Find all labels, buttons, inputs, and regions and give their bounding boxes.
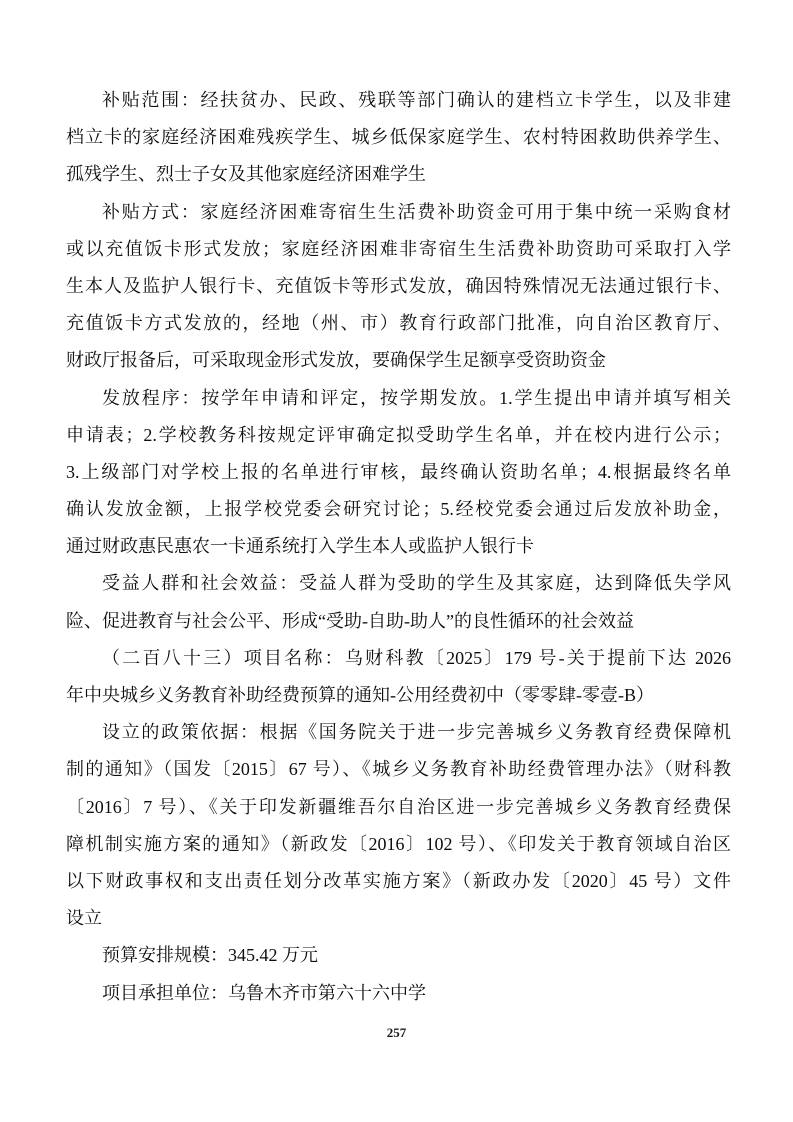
text-line: 发放程序：按学年申请和评定，按学期发放。1.学生提出申请并填写相关 — [66, 380, 731, 417]
text-line: 项目承担单位：乌鲁木齐市第六十六中学 — [66, 975, 731, 1012]
text-line: 制的通知》（国发〔2015〕67 号）、《城乡义务教育补助经费管理办法》（财科教 — [66, 751, 731, 788]
text-line: 设立 — [66, 900, 731, 937]
text-line: 生本人及监护人银行卡、充值饭卡等形式发放，确因特殊情况无法通过银行卡、 — [66, 268, 731, 305]
paragraph: 补贴方式：家庭经济困难寄宿生生活费补助资金可用于集中统一采购食材或以充值饭卡形式… — [66, 194, 731, 380]
text-line: 〔2016〕7 号）、《关于印发新疆维吾尔自治区进一步完善城乡义务教育经费保 — [66, 789, 731, 826]
paragraph: 预算安排规模：345.42 万元 — [66, 937, 731, 974]
text-line: 通过财政惠民惠农一卡通系统打入学生本人或监护人银行卡 — [66, 528, 731, 565]
text-line: 孤残学生、烈士子女及其他家庭经济困难学生 — [66, 156, 731, 193]
paragraph: 受益人群和社会效益：受益人群为受助的学生及其家庭，达到降低失学风险、促进教育与社… — [66, 565, 731, 639]
text-line: 障机制实施方案的通知》（新政发〔2016〕102 号）、《印发关于教育领域自治区 — [66, 826, 731, 863]
text-line: 补贴方式：家庭经济困难寄宿生生活费补助资金可用于集中统一采购食材 — [66, 194, 731, 231]
text-line: 预算安排规模：345.42 万元 — [66, 937, 731, 974]
paragraph: 项目承担单位：乌鲁木齐市第六十六中学 — [66, 975, 731, 1012]
text-line: 以下财政事权和支出责任划分改革实施方案》（新政办发〔2020〕45 号）文件 — [66, 863, 731, 900]
text-line: 或以充值饭卡形式发放；家庭经济困难非寄宿生生活费补助资助可采取打入学 — [66, 231, 731, 268]
paragraph: 补贴范围：经扶贫办、民政、残联等部门确认的建档立卡学生，以及非建档立卡的家庭经济… — [66, 82, 731, 194]
text-line: 险、促进教育与社会公平、形成“受助-自助-助人”的良性循环的社会效益 — [66, 603, 731, 640]
text-line: 财政厅报备后，可采取现金形式发放，要确保学生足额享受资助资金 — [66, 342, 731, 379]
text-line: （二百八十三）项目名称：乌财科教〔2025〕179 号-关于提前下达 2026 — [66, 640, 731, 677]
page-number: 257 — [0, 1025, 793, 1041]
document-body: 补贴范围：经扶贫办、民政、残联等部门确认的建档立卡学生，以及非建档立卡的家庭经济… — [66, 82, 731, 1012]
paragraph: 设立的政策依据：根据《国务院关于进一步完善城乡义务教育经费保障机制的通知》（国发… — [66, 714, 731, 937]
text-line: 受益人群和社会效益：受益人群为受助的学生及其家庭，达到降低失学风 — [66, 565, 731, 602]
text-line: 申请表；2.学校教务科按规定评审确定拟受助学生名单，并在校内进行公示； — [66, 417, 731, 454]
paragraph: 发放程序：按学年申请和评定，按学期发放。1.学生提出申请并填写相关申请表；2.学… — [66, 380, 731, 566]
text-line: 设立的政策依据：根据《国务院关于进一步完善城乡义务教育经费保障机 — [66, 714, 731, 751]
text-line: 档立卡的家庭经济困难残疾学生、城乡低保家庭学生、农村特困救助供养学生、 — [66, 119, 731, 156]
text-line: 3.上级部门对学校上报的名单进行审核，最终确认资助名单；4.根据最终名单 — [66, 454, 731, 491]
text-line: 年中央城乡义务教育补助经费预算的通知-公用经费初中（零零肆-零壹-B） — [66, 677, 731, 714]
text-line: 补贴范围：经扶贫办、民政、残联等部门确认的建档立卡学生，以及非建 — [66, 82, 731, 119]
text-line: 确认发放金额，上报学校党委会研究讨论；5.经校党委会通过后发放补助金， — [66, 491, 731, 528]
paragraph: （二百八十三）项目名称：乌财科教〔2025〕179 号-关于提前下达 2026年… — [66, 640, 731, 714]
text-line: 充值饭卡方式发放的，经地（州、市）教育行政部门批准，向自治区教育厅、 — [66, 305, 731, 342]
